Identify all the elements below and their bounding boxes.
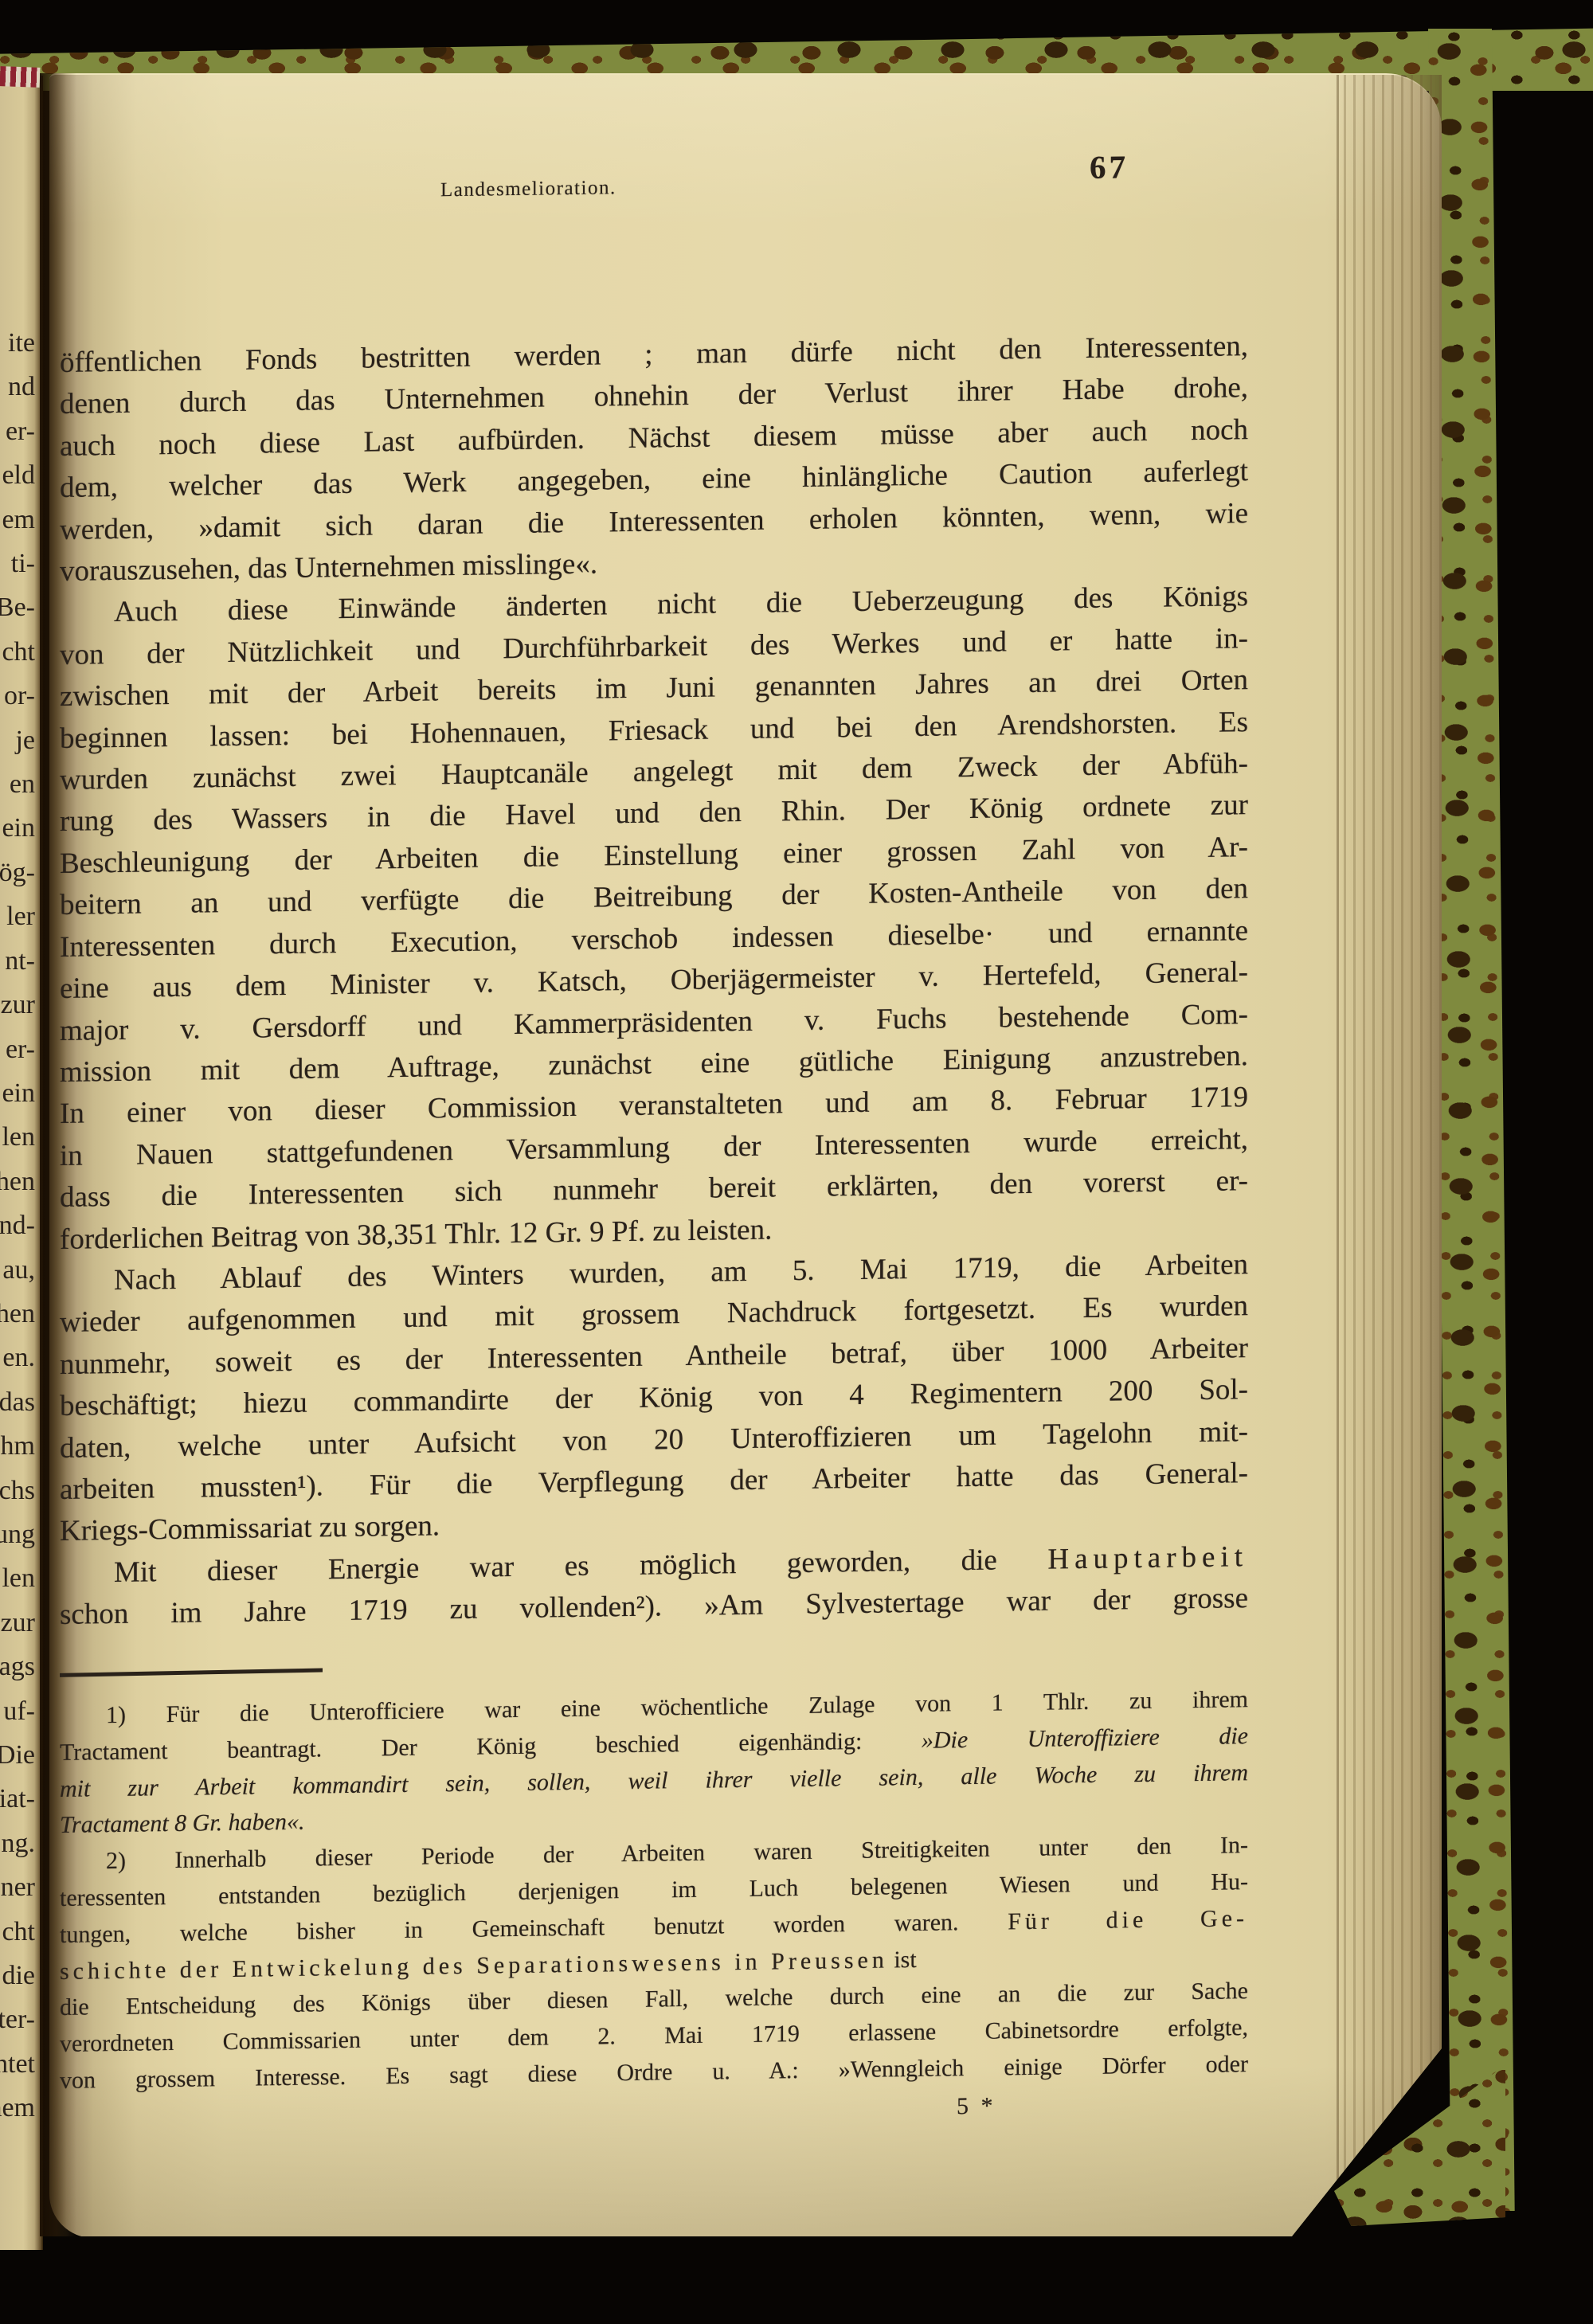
text-segment: Tractament beantragt. Der König beschied… [60, 1727, 922, 1766]
footnote-separator [60, 1669, 323, 1677]
margin-fragment: Die [0, 1733, 35, 1777]
margin-fragment: cht [0, 1910, 35, 1954]
margin-fragment: or- [0, 674, 35, 718]
signature-mark: 5 * [957, 2093, 996, 2121]
margin-fragment: ng. [0, 1821, 35, 1865]
text-tilt-wrapper: Landesmelioration. 67 öffentlichen Fonds… [58, 57, 1257, 2236]
margin-fragment: ög- [0, 851, 35, 894]
margin-fragment: iat- [0, 1777, 35, 1821]
margin-fragment: ung [0, 1512, 35, 1556]
margin-fragment: die [0, 1954, 35, 1997]
margin-fragment: hm [0, 1424, 35, 1468]
margin-fragment: ein [0, 806, 35, 850]
text-segment: vorauszusehen, das Unternehmen misslinge… [60, 548, 597, 588]
margin-fragment: eld [0, 453, 35, 497]
text-segment: Für die Ge- [1008, 1905, 1248, 1935]
margin-fragment: em [0, 498, 35, 542]
margin-fragment: Be- [0, 585, 35, 629]
body-text: öffentlichen Fonds bestritten werden ; m… [60, 326, 1248, 1636]
margin-fragment: en. [0, 1336, 35, 1379]
margin-fragment: er- [0, 1027, 35, 1071]
text-segment: ist [888, 1946, 917, 1974]
footnotes: 1) Für die Unterofficiere war eine wöche… [60, 1681, 1248, 2099]
margin-fragment: er- [0, 409, 35, 453]
margin-fragment: htet [0, 2042, 35, 2086]
text-segment: Hauptarbeit [1047, 1540, 1248, 1576]
margin-fragment: nt- [0, 939, 35, 983]
running-title: Landesmelioration. [440, 177, 616, 201]
margin-fragment: len [0, 1115, 35, 1159]
margin-fragment: zur [0, 1601, 35, 1645]
margin-fragment: ite [0, 321, 35, 365]
text-segment: Kriegs-Commissariat zu sorgen. [60, 1510, 440, 1548]
page-edge-stack [1337, 75, 1442, 2238]
scanned-book-photo: { "header": { "running_title": "Landesme… [0, 0, 1593, 2324]
margin-fragment: ler [0, 894, 35, 938]
margin-fragment: au, [0, 1248, 35, 1292]
text-segment: forderlichen Beitrag von 38,351 Thlr. 12… [60, 1213, 772, 1255]
text-segment: schichte der Entwickelung des Separation… [60, 1946, 888, 1985]
margin-fragment: zur [0, 983, 35, 1027]
margin-fragment: chs [0, 1469, 35, 1512]
margin-fragment: ner [0, 1865, 35, 1909]
margin-fragments: itender-eldemti-Be-chtor-jeeneinög-lernt… [0, 321, 35, 2130]
text-segment: Tractament 8 Gr. haben«. [60, 1809, 305, 1838]
margin-fragment: das [0, 1380, 35, 1424]
margin-fragment: nd- [0, 1203, 35, 1247]
margin-fragment: cht [0, 630, 35, 674]
page-number: 67 [1090, 147, 1129, 186]
margin-fragment: je [0, 718, 35, 762]
margin-fragment: ags [0, 1645, 35, 1688]
headband [0, 66, 40, 88]
margin-fragment: hen [0, 1160, 35, 1203]
margin-fragment: hem [0, 2086, 35, 2130]
margin-fragment: en [0, 762, 35, 806]
facing-page-edge: itender-eldemti-Be-chtor-jeeneinög-lernt… [0, 76, 43, 2250]
margin-fragment: ein [0, 1071, 35, 1115]
margin-fragment: nd [0, 365, 35, 409]
page-text-layer: Landesmelioration. 67 öffentlichen Fonds… [58, 73, 1257, 2236]
text-segment: »Die Unteroffiziere die [922, 1723, 1248, 1754]
margin-fragment: ti- [0, 542, 35, 585]
margin-fragment: len [0, 1556, 35, 1600]
margin-fragment: hen [0, 1292, 35, 1336]
margin-fragment: uf- [0, 1689, 35, 1733]
text-segment: Mit dieser Energie war es möglich geword… [114, 1543, 1047, 1588]
margin-fragment: ter- [0, 1997, 35, 2041]
